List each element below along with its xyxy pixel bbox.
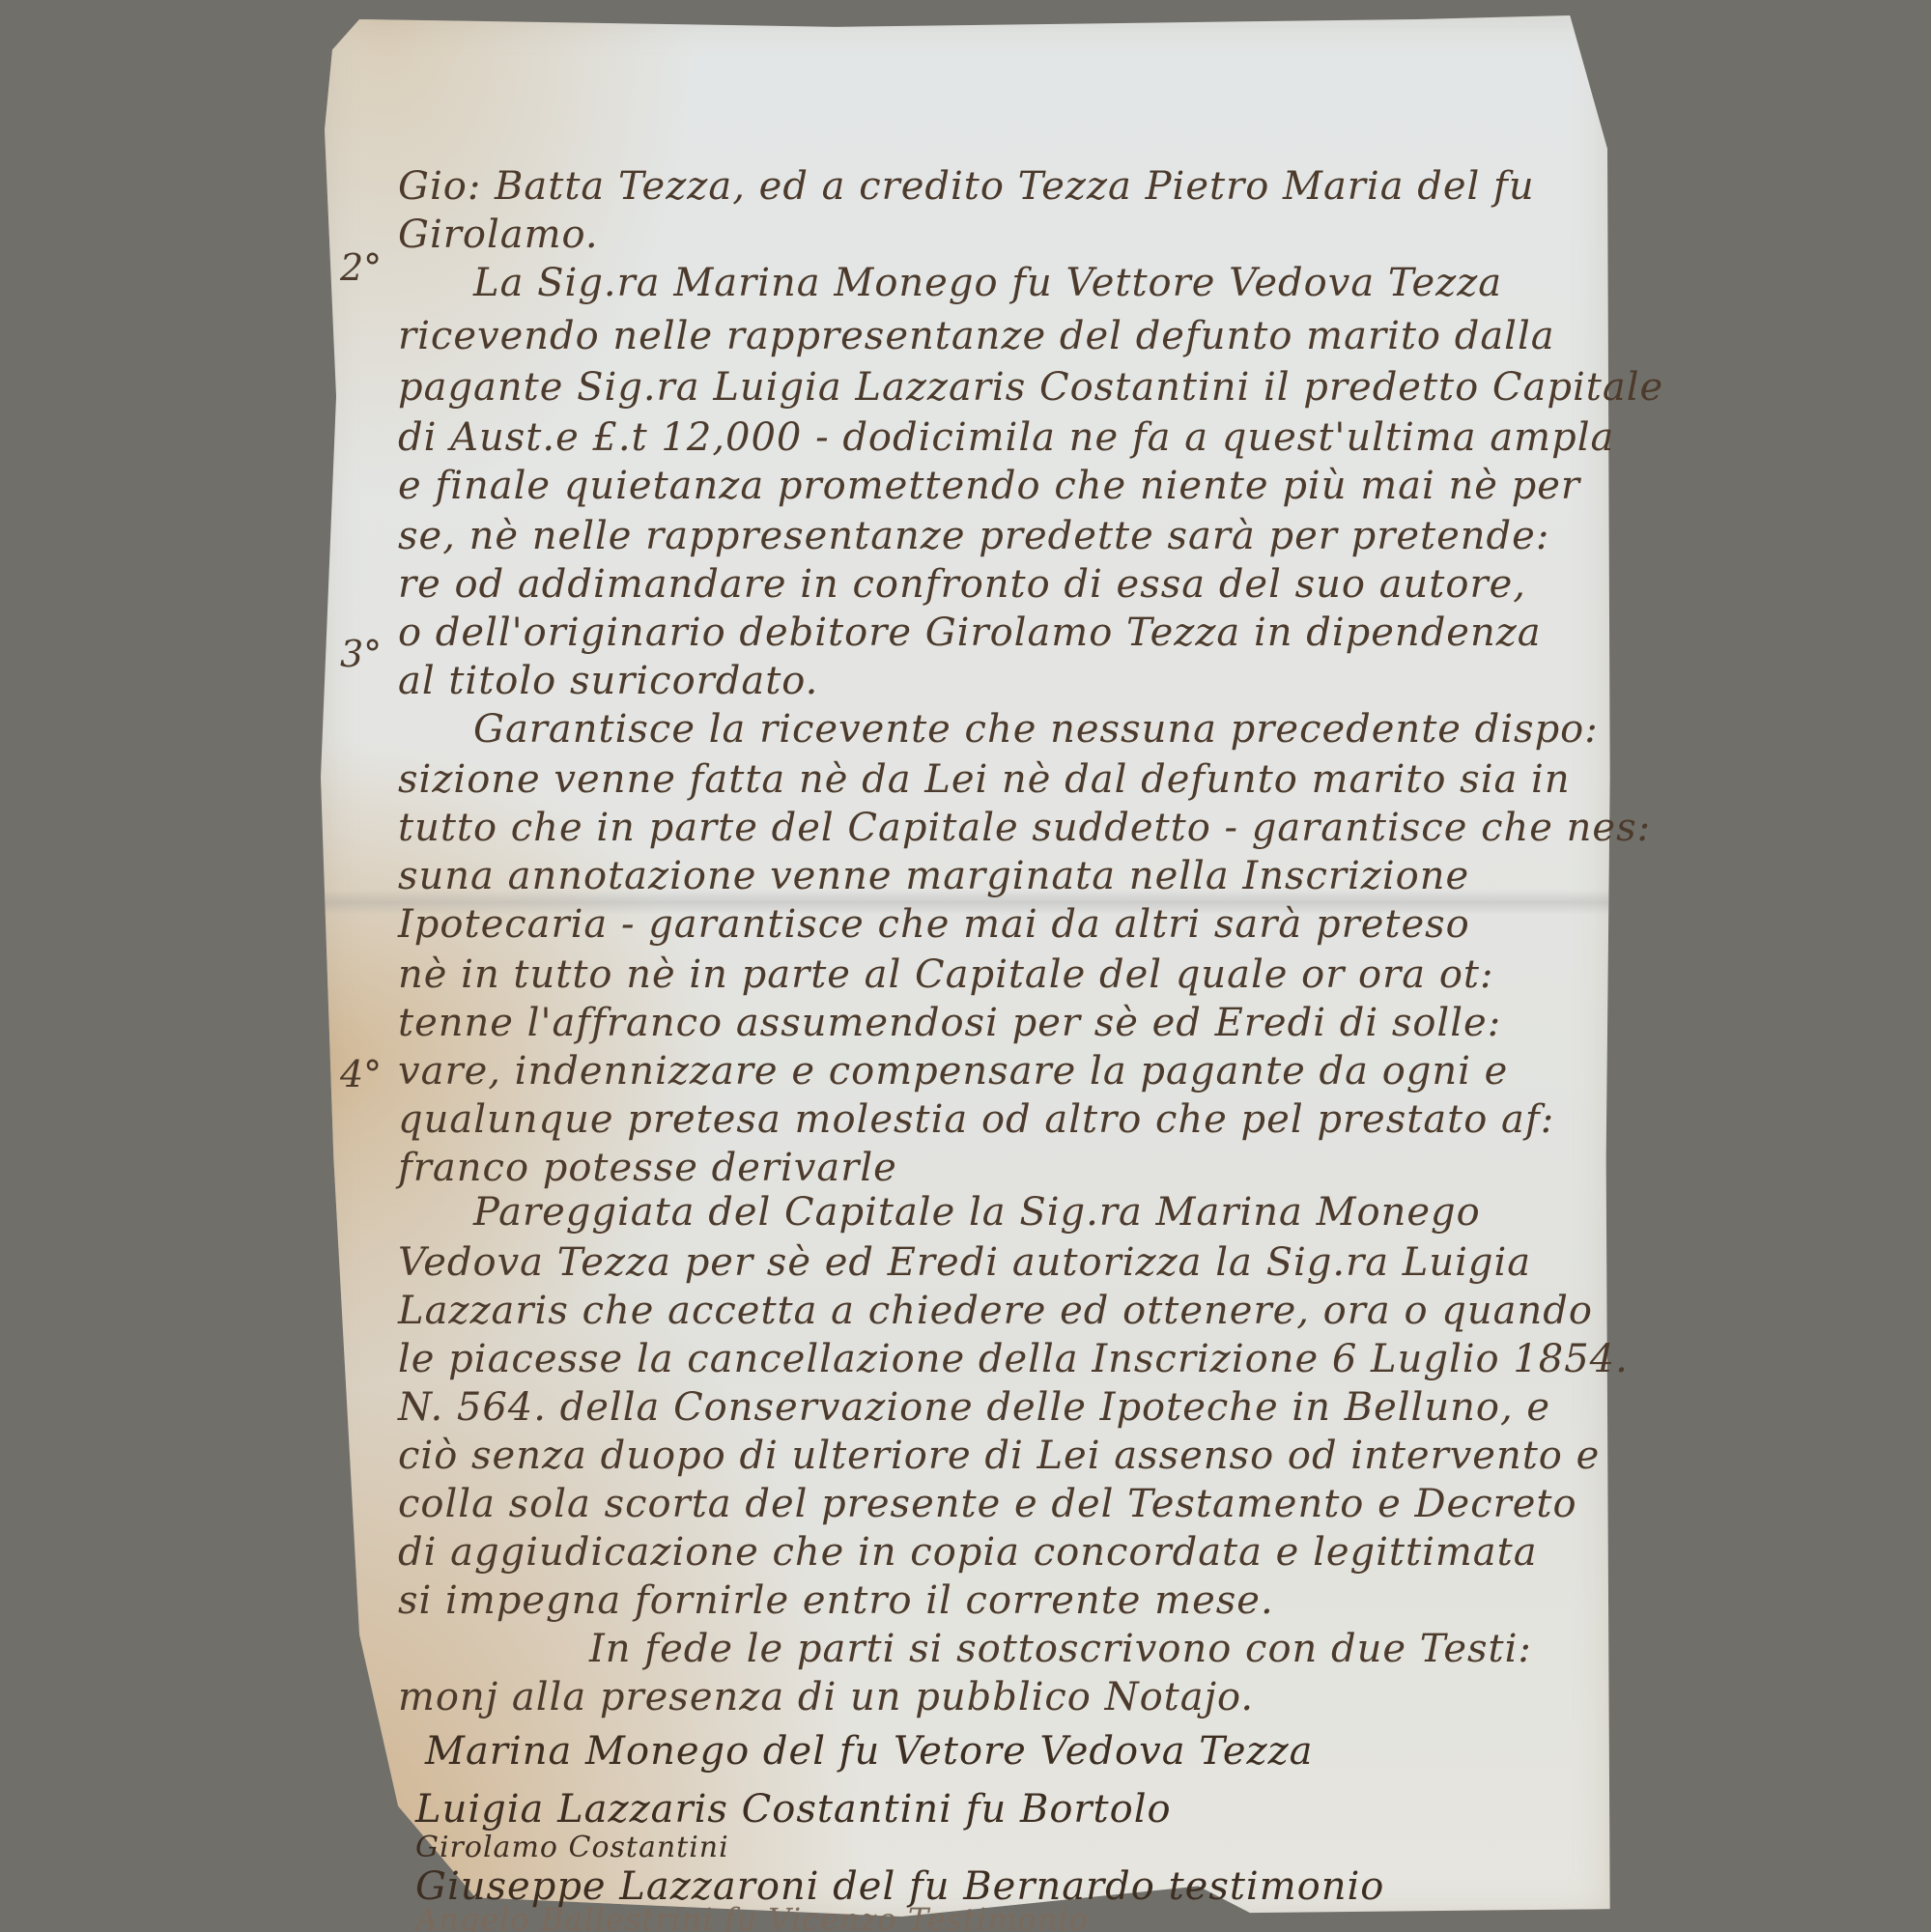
text-line: La Sig.ra Marina Monego fu Vettore Vedov… (473, 261, 1502, 305)
text-line: franco potesse derivarle (398, 1146, 897, 1190)
signature-luigia-lazzaris: Luigia Lazzaris Costantini fu Bortolo (415, 1787, 1172, 1832)
margin-number-3: 3° (340, 633, 382, 675)
text-line: e finale quietanza promettendo che nient… (398, 464, 1580, 508)
text-line: suna annotazione venne marginata nella I… (398, 854, 1469, 898)
text-line: re od addimandare in confronto di essa d… (398, 562, 1526, 607)
margin-number-4: 4° (340, 1053, 382, 1095)
text-line: Pareggiata del Capitale la Sig.ra Marina… (473, 1190, 1481, 1235)
text-line: pagante Sig.ra Luigia Lazzaris Costantin… (398, 365, 1663, 410)
text-line: qualunque pretesa molestia od altro che … (398, 1097, 1554, 1142)
signature-marina-monego: Marina Monego del fu Vetore Vedova Tezza (425, 1729, 1314, 1774)
text-line: Lazzaris che accetta a chiedere ed otten… (398, 1289, 1593, 1333)
text-line: si impegna fornirle entro il corrente me… (398, 1578, 1274, 1623)
text-line: nè in tutto nè in parte al Capitale del … (398, 952, 1493, 997)
text-line: Vedova Tezza per sè ed Eredi autorizza l… (398, 1240, 1531, 1285)
text-line: monj alla presenza di un pubblico Notajo… (398, 1675, 1254, 1719)
text-line: Girolamo. (398, 213, 599, 257)
text-line: Garantisce la ricevente che nessuna prec… (473, 707, 1599, 752)
text-line: tenne l'affranco assumendosi per sè ed E… (398, 1001, 1501, 1045)
text-line: tutto che in parte del Capitale suddetto… (398, 806, 1651, 850)
margin-number-2: 2° (340, 246, 382, 289)
signature-angelo-ballestrini: Angelo Ballestrini fu Vicenzo Testimonio (415, 1901, 1089, 1932)
text-line: di aggiudicazione che in copia concordat… (398, 1530, 1538, 1575)
text-line: ciò senza duopo di ulteriore di Lei asse… (398, 1434, 1600, 1478)
text-line: al titolo suricordato. (398, 659, 818, 703)
text-line: Gio: Batta Tezza, ed a credito Tezza Pie… (398, 164, 1535, 209)
text-line: sizione venne fatta nè da Lei nè dal def… (398, 757, 1571, 802)
text-line: In fede le parti si sottoscrivono con du… (589, 1627, 1532, 1671)
text-line: ricevendo nelle rappresentanze del defun… (398, 314, 1555, 358)
text-line: o dell'originario debitore Girolamo Tezz… (398, 611, 1542, 655)
signature-girolamo-costantini: Girolamo Costantini (415, 1831, 729, 1864)
text-line: le piacesse la cancellazione della Inscr… (398, 1337, 1629, 1381)
text-line: N. 564. della Conservazione delle Ipotec… (398, 1385, 1550, 1430)
text-line: se, nè nelle rappresentanze predette sar… (398, 514, 1549, 558)
text-line: vare, indennizzare e compensare la pagan… (398, 1049, 1508, 1094)
text-line: Ipotecaria - garantisce che mai da altri… (398, 902, 1470, 947)
text-line: colla sola scorta del presente e del Tes… (398, 1482, 1577, 1526)
text-line: di Aust.e £.t 12,000 - dodicimila ne fa … (398, 415, 1614, 460)
